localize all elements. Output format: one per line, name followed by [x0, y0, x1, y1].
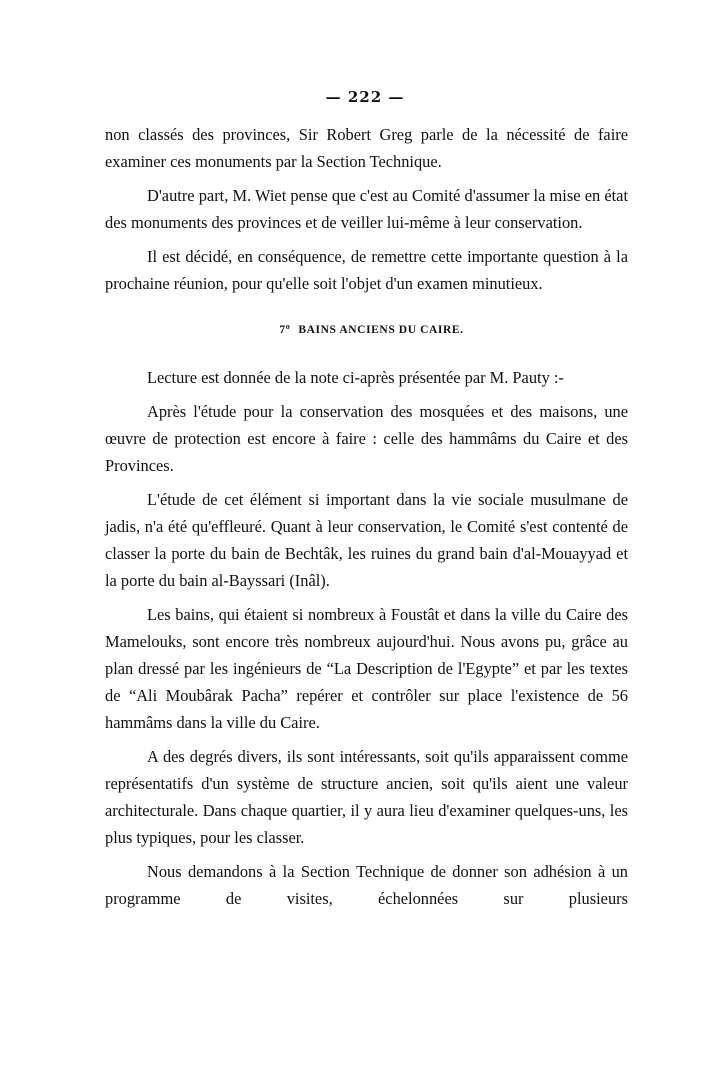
- section-title: BAINS ANCIENS DU CAIRE.: [298, 324, 463, 336]
- paragraph: Les bains, qui étaient si nombreux à Fou…: [105, 601, 628, 736]
- document-page: — 222 — non classés des provinces, Sir R…: [0, 0, 720, 1082]
- page-body: non classés des provinces, Sir Robert Gr…: [105, 121, 628, 919]
- paragraph: Lecture est donnée de la note ci-après p…: [105, 364, 628, 391]
- paragraph: L'étude de cet élément si important dans…: [105, 486, 628, 594]
- paragraph: non classés des provinces, Sir Robert Gr…: [105, 121, 628, 175]
- paragraph: Nous demandons à la Section Technique de…: [105, 858, 628, 912]
- paragraph: D'autre part, M. Wiet pense que c'est au…: [105, 182, 628, 236]
- section-number: 7o: [279, 324, 290, 336]
- paragraph: A des degrés divers, ils sont intéressan…: [105, 743, 628, 851]
- section-heading: 7oBAINS ANCIENS DU CAIRE.: [105, 313, 628, 344]
- paragraph: Après l'étude pour la conservation des m…: [105, 398, 628, 479]
- paragraph: Il est décidé, en conséquence, de remett…: [105, 243, 628, 297]
- page-number: — 222 —: [0, 88, 720, 106]
